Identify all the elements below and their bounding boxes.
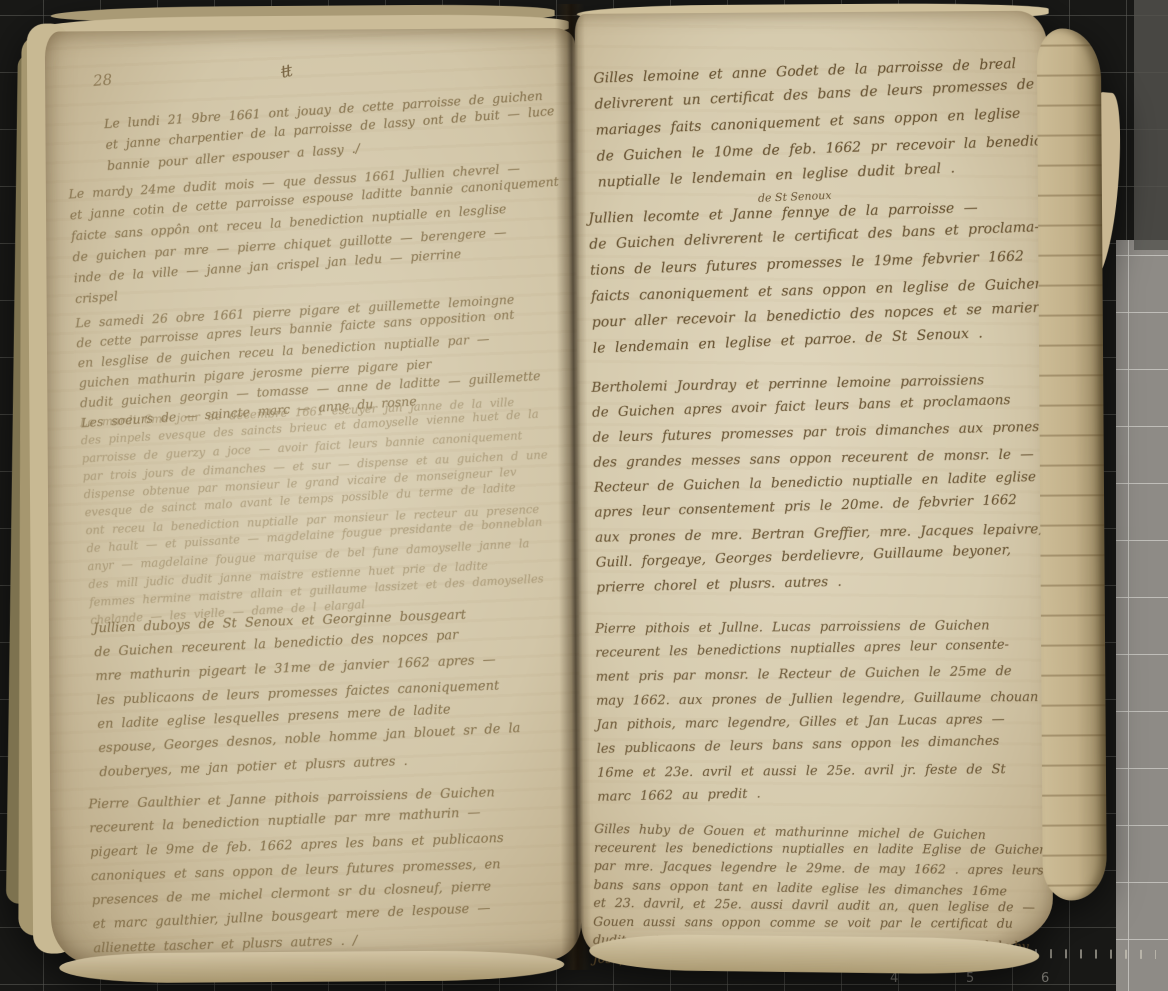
fore-edge-page-stack bbox=[1037, 28, 1107, 900]
paragraph-entry-6: Pierre Gaulthier et Janne pithois parroi… bbox=[88, 779, 507, 961]
open-manuscript-book: 28 tt Le lundi 21 9bre 1661 ont jouay de… bbox=[9, 0, 1118, 986]
bottom-page-curl bbox=[589, 934, 1039, 975]
grid-mat-light-band bbox=[1116, 240, 1168, 991]
page-number: 28 bbox=[92, 70, 112, 89]
crossed-out-mark: tt bbox=[279, 61, 293, 83]
paragraph-entry-3: Bertholemi Jourdray et perrinne lemoine … bbox=[591, 364, 1061, 600]
manuscript-line: may 1662. aux prones de Jullien legendre… bbox=[596, 686, 1039, 714]
manuscript-photo-scene: 4 5 6 7 28 tt Le lundi 21 9bre 1661 ont … bbox=[0, 0, 1168, 991]
grid-mat-light-corner bbox=[1134, 0, 1168, 250]
left-page: 28 tt Le lundi 21 9bre 1661 ont jouay de… bbox=[45, 28, 581, 964]
paragraph-entry-1: Gilles lemoine et anne Godet de la parro… bbox=[593, 47, 1062, 196]
paragraph-entry-4: Le mardi 6me jour de decembre 1661 escuy… bbox=[79, 389, 555, 629]
bottom-page-curl bbox=[59, 950, 564, 984]
manuscript-line: Gouen aussi sans oppon comme se voit par… bbox=[593, 912, 1046, 932]
right-page: de St Senoux Gilles lemoine et anne Gode… bbox=[575, 11, 1054, 952]
paragraph-entry-5: Jullien duboys de St Senoux et Georginne… bbox=[93, 600, 522, 786]
paragraph-entry-2: Le mardy 24me dudit mois — que dessus 16… bbox=[68, 153, 565, 310]
paragraph-entry-2: Jullien lecomte et Janne fennye de la pa… bbox=[588, 190, 1064, 362]
paragraph-entry-4: Pierre pithois et Jullne. Lucas parroiss… bbox=[595, 612, 1040, 810]
manuscript-line: receurent les benedictions nuptialles en… bbox=[594, 838, 1047, 858]
